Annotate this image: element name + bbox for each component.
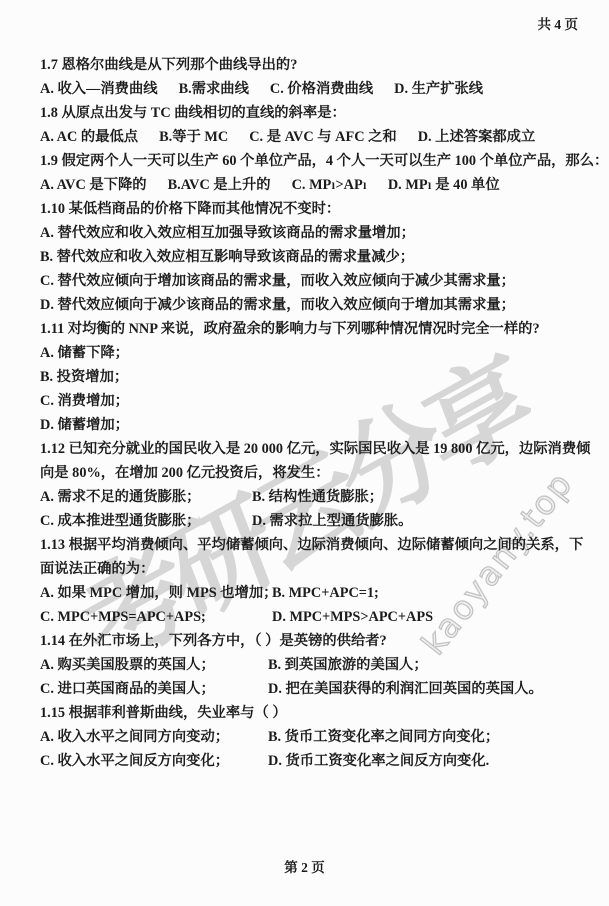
question-stem: 1.13 根据平均消费倾向、平均储蓄倾向、边际消费倾向、边际储蓄倾向之间的关系，…	[40, 533, 580, 557]
question-options-row: A. 收入—消费曲线B.需求曲线C. 价格消费曲线D. 生产扩张线	[40, 77, 580, 101]
exam-page: 考研云分享 kaoyany.top 共 4 页 1.7 恩格尔曲线是从下列那个曲…	[0, 0, 609, 906]
question-options-row: A. 购买美国股票的英国人；B. 到英国旅游的美国人；	[40, 653, 580, 677]
option-item: D. MPC+MPS>APC+APS	[272, 609, 433, 625]
question-stem: 1.14 在外汇市场上，下列各方中，（ ）是英镑的供给者?	[40, 629, 580, 653]
option-item: B.AVC 是上升的	[168, 173, 271, 197]
question-stem: 1.10 某低档商品的价格下降而其他情况不变时：	[40, 197, 580, 221]
question-stem: 1.11 对均衡的 NNP 来说，政府盈余的影响力与下列哪种情况情况时完全一样的…	[40, 317, 580, 341]
question-options-row: A. 需求不足的通货膨胀；B. 结构性通货膨胀；	[40, 485, 580, 509]
question-options-row: A. AC 的最低点B.等于 MCC. 是 AVC 与 AFC 之和D. 上述答…	[40, 125, 580, 149]
option-item: D. 把在美国获得的利润汇回英国的英国人。	[268, 681, 543, 697]
option-item: C. 成本推进型通货膨胀；	[40, 509, 252, 533]
option-item: C. MPC+MPS=APC+APS;	[40, 605, 272, 629]
question-stem: 1.12 已知充分就业的国民收入是 20 000 亿元，实际国民收入是 19 8…	[40, 437, 580, 461]
question-stem: 向是 80%，在增加 200 亿元投资后，将发生：	[40, 461, 580, 485]
option-line: A. 替代效应和收入效应相互加强导致该商品的需求量增加；	[40, 221, 580, 245]
option-item: A. 收入水平之间同方向变动；	[40, 725, 268, 749]
option-item: A. 收入—消费曲线	[40, 77, 158, 101]
option-item: B. 货币工资变化率之间同方向变化；	[268, 729, 499, 745]
option-line: D. 储蓄增加；	[40, 413, 580, 437]
option-line: B. 投资增加；	[40, 365, 580, 389]
question-options-row: A. AVC 是下降的B.AVC 是上升的C. MPₗ>APₗD. MPₗ 是 …	[40, 173, 580, 197]
question-stem: 1.9 假定两个人一天可以生产 60 个单位产品，4 个人一天可以生产 100 …	[40, 149, 580, 173]
question-options-row: A. 收入水平之间同方向变动；B. 货币工资变化率之间同方向变化；	[40, 725, 580, 749]
option-item: D. 货币工资变化率之间反方向变化.	[268, 753, 489, 769]
question-options-row: C. MPC+MPS=APC+APS;D. MPC+MPS>APC+APS	[40, 605, 580, 629]
option-item: B.等于 MC	[159, 125, 228, 149]
option-item: C. 价格消费曲线	[270, 77, 373, 101]
option-line: D. 替代效应倾向于减少该商品的需求量，而收入效应倾向于增加其需求量；	[40, 293, 580, 317]
option-item: B. 结构性通货膨胀；	[252, 489, 383, 505]
option-item: A. 购买美国股票的英国人；	[40, 653, 268, 677]
option-item: A. AC 的最低点	[40, 125, 138, 149]
option-item: D. MPₗ 是 40 单位	[388, 173, 500, 197]
question-stem: 1.15 根据菲利普斯曲线，失业率与（ ）	[40, 701, 580, 725]
option-item: A. AVC 是下降的	[40, 173, 147, 197]
total-pages-label: 共 4 页	[538, 13, 579, 33]
option-item: B. MPC+APC=1;	[272, 585, 379, 601]
option-item: C. 是 AVC 与 AFC 之和	[249, 125, 396, 149]
question-options-row: A. 如果 MPC 增加，则 MPS 也增加；B. MPC+APC=1;	[40, 581, 580, 605]
question-stem: 1.8 从原点出发与 TC 曲线相切的直线的斜率是：	[40, 101, 580, 125]
option-item: D. 上述答案都成立	[418, 125, 536, 149]
questions-container: 1.7 恩格尔曲线是从下列那个曲线导出的?A. 收入—消费曲线B.需求曲线C. …	[40, 53, 580, 773]
question-options-row: C. 成本推进型通货膨胀；D. 需求拉上型通货膨胀。	[40, 509, 580, 533]
option-item: B.需求曲线	[179, 77, 249, 101]
option-line: A. 储蓄下降；	[40, 341, 580, 365]
option-line: C. 消费增加；	[40, 389, 580, 413]
option-item: A. 需求不足的通货膨胀；	[40, 485, 252, 509]
option-item: A. 如果 MPC 增加，则 MPS 也增加；	[40, 581, 272, 605]
option-item: B. 到英国旅游的美国人；	[268, 657, 428, 673]
question-stem: 面说法正确的为：	[40, 557, 580, 581]
option-item: D. 需求拉上型通货膨胀。	[252, 513, 412, 529]
option-item: C. MPₗ>APₗ	[292, 173, 367, 197]
option-item: C. 进口英国商品的美国人；	[40, 677, 268, 701]
option-item: D. 生产扩张线	[394, 77, 483, 101]
option-line: C. 替代效应倾向于增加该商品的需求量，而收入效应倾向于减少其需求量；	[40, 269, 580, 293]
question-stem: 1.7 恩格尔曲线是从下列那个曲线导出的?	[40, 53, 580, 77]
option-item: C. 收入水平之间反方向变化；	[40, 749, 268, 773]
question-options-row: C. 进口英国商品的美国人；D. 把在美国获得的利润汇回英国的英国人。	[40, 677, 580, 701]
page-number-label: 第 2 页	[0, 856, 609, 876]
question-options-row: C. 收入水平之间反方向变化；D. 货币工资变化率之间反方向变化.	[40, 749, 580, 773]
option-line: B. 替代效应和收入效应相互影响导致该商品的需求量减少；	[40, 245, 580, 269]
